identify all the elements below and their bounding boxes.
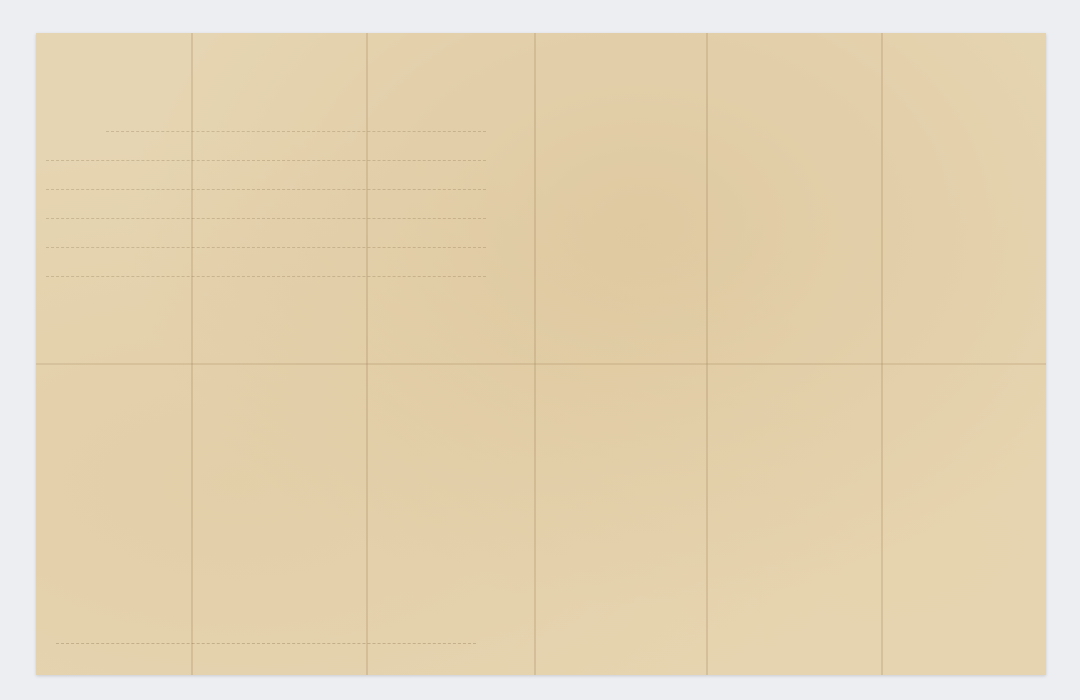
bleed-through-handwriting (46, 103, 486, 303)
center-fold-line (534, 33, 536, 675)
fold-line (706, 33, 708, 675)
horizontal-fold-line (36, 363, 1046, 365)
bleed-through-address-line (56, 623, 476, 644)
fold-line (881, 33, 883, 675)
letter-sheet (36, 33, 1046, 675)
